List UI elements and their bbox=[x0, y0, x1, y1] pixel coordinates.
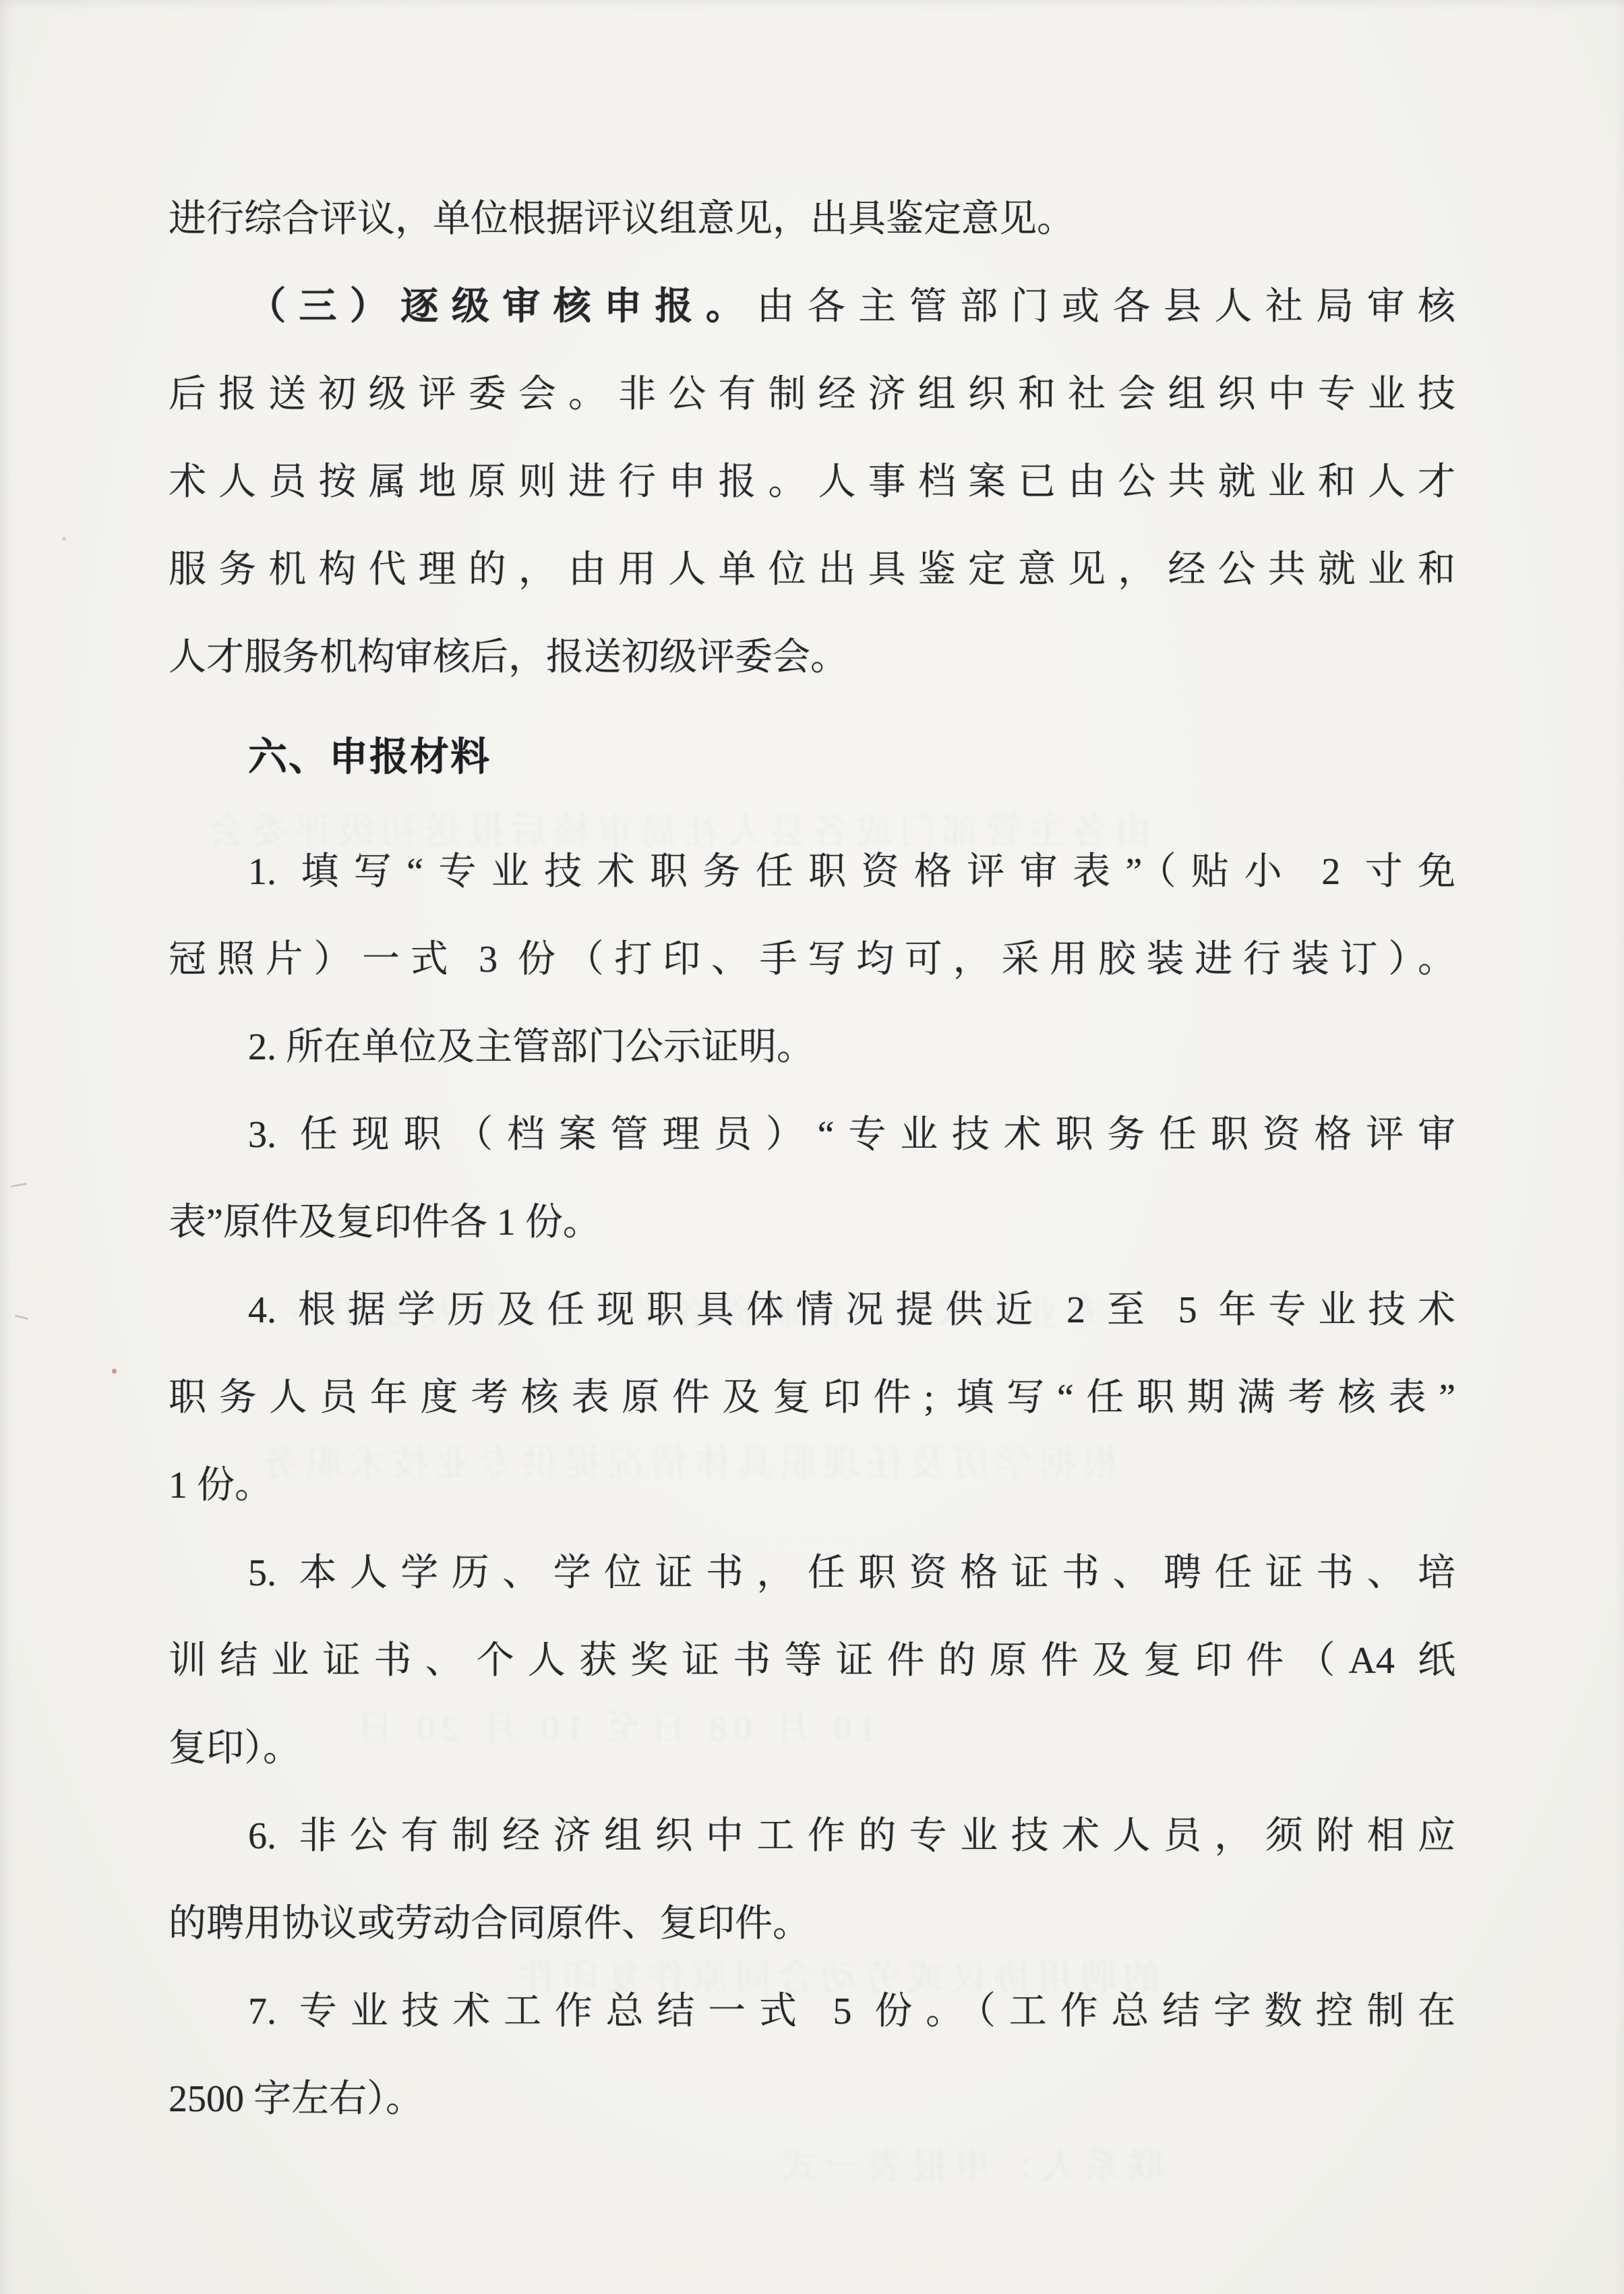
text-line: 人才服务机构审核后，报送初级评委会。 bbox=[169, 614, 1455, 701]
text-line: 1. 填写“专业技术职务任职资格评审表”（贴小 2 寸免 bbox=[169, 828, 1455, 916]
text-line: 复印）。 bbox=[169, 1705, 1455, 1792]
text-line: 冠照片）一式 3 份（打印、手写均可，采用胶装进行装订）。 bbox=[169, 916, 1455, 1003]
section-heading: 六、申报材料 bbox=[169, 713, 1455, 801]
text-line: 进行综合评议，单位根据评议组意见，出具鉴定意见。 bbox=[169, 175, 1455, 263]
text-line: 2500 字左右）。 bbox=[169, 2055, 1455, 2143]
text-line: 7. 专业技术工作总结一式 5 份。（工作总结字数控制在 bbox=[169, 1968, 1455, 2055]
text-line: 术人员按属地原则进行申报。人事档案已由公共就业和人才 bbox=[169, 438, 1455, 526]
text-line: 6. 非公有制经济组织中工作的专业技术人员，须附相应 bbox=[169, 1792, 1455, 1880]
text-line: 4. 根据学历及任现职具体情况提供近 2 至 5 年专业技术 bbox=[169, 1266, 1455, 1354]
margin-pencil-mark bbox=[15, 1315, 28, 1320]
text-line: （三）逐级审核申报。由各主管部门或各县人社局审核 bbox=[169, 263, 1455, 351]
gray-speck bbox=[62, 537, 66, 541]
text-line: 1 份。 bbox=[169, 1442, 1455, 1529]
scanned-document-page: 进行综合评议，单位根据评议组意见，出具鉴定意见。 （三）逐级审核申报。由各主管部… bbox=[0, 0, 1624, 2294]
text-line: 服务机构代理的，由用人单位出具鉴定意见，经公共就业和 bbox=[169, 526, 1455, 614]
text-line: 训结业证书、个人获奖证书等证件的原件及复印件（A4 纸 bbox=[169, 1617, 1455, 1705]
text-line: 2. 所在单位及主管部门公示证明。 bbox=[169, 1003, 1455, 1091]
text-line: 职务人员年度考核表原件及复印件; 填写“任职期满考核表” bbox=[169, 1354, 1455, 1442]
text-line: 后报送初级评委会。非公有制经济组织和社会组织中专业技 bbox=[169, 351, 1455, 438]
text-line: 表”原件及复印件各 1 份。 bbox=[169, 1179, 1455, 1266]
text-line: 5. 本人学历、学位证书，任职资格证书、聘任证书、培 bbox=[169, 1529, 1455, 1617]
bold-run: （三）逐级审核申报。 bbox=[248, 286, 756, 328]
margin-pencil-mark bbox=[11, 1183, 27, 1187]
document-text: 进行综合评议，单位根据评议组意见，出具鉴定意见。 （三）逐级审核申报。由各主管部… bbox=[169, 175, 1455, 2143]
text-run: 由各主管部门或各县人社局审核 bbox=[756, 286, 1455, 328]
text-line: 的聘用协议或劳动合同原件、复印件。 bbox=[169, 1880, 1455, 1968]
ghost-line: 联系人：申报表一式 bbox=[775, 2138, 1164, 2189]
red-speck bbox=[112, 1369, 117, 1374]
text-line: 3. 任现职（档案管理员）“专业技术职务任职资格评审 bbox=[169, 1091, 1455, 1179]
